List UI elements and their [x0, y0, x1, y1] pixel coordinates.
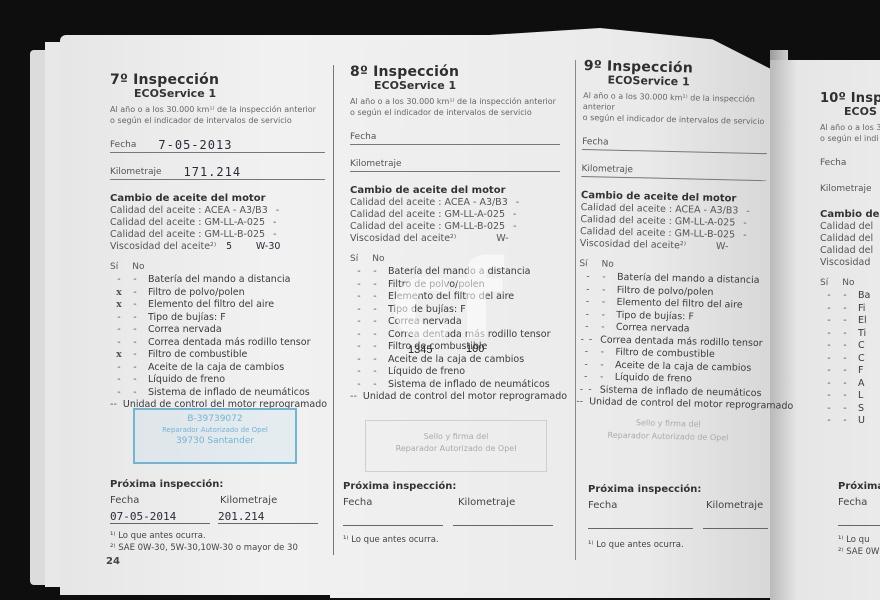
no-checkbox[interactable]: - — [838, 303, 852, 316]
si-checkbox[interactable]: x — [110, 349, 128, 362]
checklist-item: x-Filtro de polvo/polen — [110, 287, 325, 300]
si-checkbox[interactable]: - — [578, 333, 588, 346]
item-label: Unidad de control del motor reprogramado — [357, 391, 567, 404]
si-checkbox[interactable]: - — [820, 403, 838, 416]
next-inspection-10: Próxima Fecha ¹⁾ Lo qu ²⁾ SAE 0W — [838, 480, 880, 558]
no-checkbox[interactable]: - — [128, 274, 142, 287]
no-checkbox[interactable]: - — [595, 346, 609, 359]
item-label: U — [852, 415, 865, 428]
item-label: Correa nervada — [142, 324, 222, 337]
si-checkbox[interactable]: x — [110, 287, 128, 300]
checklist: --Ba--Fi--El--Ti--C--C--F--A--L--S--U — [820, 290, 880, 428]
checklist-item: --Correa nervada — [110, 324, 325, 337]
checklist-item: x-Elemento del filtro del aire — [110, 299, 325, 312]
si-checkbox[interactable]: - — [578, 296, 596, 309]
item-label: L — [852, 390, 863, 403]
next-km-field[interactable]: 201.214 — [218, 507, 318, 524]
item-label: Batería del mando a distancia — [142, 274, 291, 287]
checklist: --Batería del mando a distanciax-Filtro … — [110, 274, 325, 412]
no-checkbox[interactable]: - — [838, 365, 852, 378]
section-title: 7º Inspección — [110, 74, 325, 87]
si-checkbox[interactable]: - — [350, 366, 368, 379]
si-checkbox[interactable]: - — [577, 346, 595, 359]
item-label: Tipo de bujías: F — [142, 312, 226, 325]
no-checkbox[interactable]: - — [128, 349, 142, 362]
checklist-item: --Batería del mando a distancia — [110, 274, 325, 287]
item-label: Correa dentada más rodillo tensor — [142, 337, 310, 350]
fecha-value: 7-05-2013 — [158, 139, 232, 152]
no-checkbox[interactable]: - — [597, 284, 611, 297]
checklist: --Batería del mando a distancia--Filtro … — [576, 271, 764, 413]
no-checkbox[interactable]: - — [368, 341, 382, 354]
checklist-item: --Líquido de freno — [110, 374, 325, 387]
watermark-number: 100 — [466, 343, 484, 355]
si-checkbox[interactable]: - — [579, 271, 597, 284]
next-km-field[interactable] — [453, 509, 553, 526]
fecha-field[interactable]: Fecha — [350, 128, 560, 145]
no-checkbox[interactable]: - — [368, 279, 382, 292]
si-checkbox[interactable]: - — [110, 387, 128, 400]
inspection-10: 10º Inspe ECOS Al año o a los 3o según e… — [820, 92, 880, 428]
next-fecha-field[interactable] — [343, 509, 443, 526]
item-label: Aceite de la caja de cambios — [142, 362, 284, 375]
item-label: Filtro de polvo/polen — [142, 287, 245, 300]
checklist-item: --F — [820, 365, 880, 378]
page-number: 24 — [106, 556, 120, 567]
no-checkbox[interactable]: - — [838, 390, 852, 403]
checklist-item: --El — [820, 315, 880, 328]
checklist-item: x-Filtro de combustible — [110, 349, 325, 362]
checklist-item: --A — [820, 378, 880, 391]
si-checkbox[interactable]: - — [579, 283, 597, 296]
si-checkbox[interactable]: - — [577, 371, 595, 384]
item-label: F — [852, 365, 863, 378]
km-field[interactable]: Kilometraje171.214 — [110, 163, 325, 180]
item-label: Elemento del filtro del aire — [142, 299, 274, 312]
oil-line: Calidad del aceite : GM-LL-A-025- — [110, 217, 325, 229]
item-label: Líquido de freno — [142, 374, 225, 387]
no-checkbox[interactable]: - — [128, 387, 142, 400]
si-checkbox[interactable]: - — [820, 340, 838, 353]
no-checkbox[interactable]: - — [838, 415, 852, 428]
si-checkbox[interactable]: - — [820, 415, 838, 428]
si-checkbox[interactable]: - — [110, 337, 128, 350]
si-checkbox[interactable]: - — [350, 329, 368, 342]
fecha-field[interactable]: Fecha7-05-2013 — [110, 136, 325, 153]
si-checkbox[interactable]: x — [110, 299, 128, 312]
no-checkbox[interactable]: - — [368, 316, 382, 329]
item-label: S — [852, 403, 864, 416]
checklist-item: --Ba — [820, 290, 880, 303]
km-value: 171.214 — [184, 166, 242, 179]
checklist-item: --Sistema de inflado de neumáticos — [350, 379, 560, 392]
si-checkbox[interactable]: - — [350, 266, 368, 279]
si-checkbox[interactable]: - — [820, 315, 838, 328]
si-checkbox[interactable]: - — [820, 378, 838, 391]
item-label: El — [852, 315, 867, 328]
si-checkbox[interactable]: - — [350, 304, 368, 317]
no-checkbox[interactable]: - — [596, 321, 610, 334]
fecha-field[interactable]: Fecha — [582, 133, 767, 154]
item-label: Sistema de inflado de neumáticos — [382, 379, 550, 392]
si-checkbox[interactable]: - — [820, 390, 838, 403]
si-checkbox[interactable]: - — [820, 303, 838, 316]
no-checkbox[interactable]: - — [368, 366, 382, 379]
si-checkbox[interactable]: - — [110, 362, 128, 375]
item-label: Ba — [852, 290, 870, 303]
si-checkbox[interactable]: - — [577, 358, 595, 371]
stamp-area: Sello y firma del Reparador Autorizado d… — [365, 420, 547, 472]
no-checkbox[interactable]: - — [128, 287, 142, 300]
checklist-item: --Ti — [820, 328, 880, 341]
checklist-item: --Tipo de bujías: F — [110, 312, 325, 325]
si-checkbox[interactable]: - — [820, 353, 838, 366]
next-inspection-7: Próxima inspección: FechaKilometraje 07-… — [110, 478, 325, 554]
item-label: A — [852, 378, 865, 391]
no-checkbox[interactable]: - — [368, 304, 382, 317]
no-checkbox[interactable]: - — [128, 299, 142, 312]
checklist-item: --C — [820, 340, 880, 353]
inspection-7: 7º Inspección ECOService 1 Al año o a lo… — [110, 74, 325, 412]
item-label: Fi — [852, 303, 865, 316]
no-checkbox[interactable]: - — [128, 337, 142, 350]
si-checkbox[interactable]: - — [820, 290, 838, 303]
checklist-item: --Fi — [820, 303, 880, 316]
inspection-9: 9º Inspección ECOService 1 Al año o a lo… — [575, 60, 769, 445]
item-label: Ti — [852, 328, 866, 341]
si-checkbox[interactable]: - — [820, 365, 838, 378]
si-checkbox[interactable]: - — [110, 324, 128, 337]
no-checkbox[interactable]: - — [597, 271, 611, 284]
no-checkbox[interactable]: - — [595, 371, 609, 384]
no-checkbox[interactable]: - — [838, 290, 852, 303]
si-checkbox[interactable]: - — [578, 321, 596, 334]
si-checkbox[interactable]: - — [350, 354, 368, 367]
si-checkbox[interactable]: - — [110, 274, 128, 287]
intro-text: Al año o a los 30.000 km¹⁾ de la inspecc… — [110, 104, 325, 126]
si-checkbox[interactable]: - — [576, 383, 586, 396]
oil-heading: Cambio de aceite del motor — [110, 192, 325, 205]
checklist-item: --Correa dentada más rodillo tensor — [110, 337, 325, 350]
item-label: Sistema de inflado de neumáticos — [142, 387, 310, 400]
viscosity-line: Viscosidad del aceite²⁾5W-30 — [110, 241, 325, 253]
km-field[interactable]: Kilometraje — [581, 160, 766, 181]
oil-line: Calidad del aceite : ACEA - A3/B3- — [110, 205, 325, 217]
si-checkbox[interactable]: - — [110, 312, 128, 325]
no-checkbox[interactable]: - — [596, 309, 610, 322]
no-checkbox[interactable]: - — [838, 328, 852, 341]
checklist-item: --Líquido de freno — [350, 366, 560, 379]
si-checkbox[interactable]: - — [350, 379, 368, 392]
si-checkbox[interactable]: - — [350, 291, 368, 304]
no-checkbox[interactable]: - — [838, 315, 852, 328]
next-km-field[interactable] — [703, 512, 768, 529]
km-field[interactable]: Kilometraje — [350, 155, 560, 172]
oil-line: Calidad del aceite : GM-LL-B-025- — [110, 229, 325, 241]
no-checkbox[interactable]: - — [368, 266, 382, 279]
si-checkbox[interactable]: - — [820, 328, 838, 341]
no-checkbox[interactable]: - — [128, 374, 142, 387]
no-checkbox[interactable]: - — [368, 354, 382, 367]
item-label: Líquido de freno — [382, 366, 465, 379]
watermark-number: 1345 — [408, 344, 432, 356]
si-checkbox[interactable]: - — [110, 374, 128, 387]
checklist-item: --L — [820, 390, 880, 403]
no-checkbox[interactable]: - — [838, 353, 852, 366]
column-divider — [575, 60, 576, 560]
no-checkbox[interactable]: - — [368, 379, 382, 392]
no-checkbox[interactable]: - — [368, 329, 382, 342]
dealer-stamp: B-39739072 Reparador Autorizado de Opel … — [133, 408, 297, 464]
checklist-item: --Unidad de control del motor reprograma… — [350, 391, 560, 404]
checklist-item: --C — [820, 353, 880, 366]
next-fecha-field[interactable] — [588, 512, 693, 529]
stamp-area: Sello y firma delReparador Autorizado de… — [575, 414, 761, 444]
no-checkbox[interactable]: - — [596, 296, 610, 309]
item-label: Filtro de combustible — [142, 349, 247, 362]
no-checkbox[interactable]: - — [128, 362, 142, 375]
no-checkbox[interactable]: - — [838, 403, 852, 416]
no-checkbox[interactable]: - — [838, 340, 852, 353]
next-inspection-9: Próxima inspección: FechaKilometraje ¹⁾ … — [588, 483, 773, 551]
item-label: C — [852, 353, 865, 366]
no-checkbox[interactable]: - — [368, 291, 382, 304]
next-inspection-8: Próxima inspección: FechaKilometraje ¹⁾ … — [343, 480, 563, 546]
checklist-item: --Aceite de la caja de cambios — [110, 362, 325, 375]
item-label: C — [852, 340, 865, 353]
no-checkbox[interactable]: - — [128, 324, 142, 337]
si-no-header: SíNo — [110, 261, 325, 274]
si-checkbox[interactable]: - — [350, 279, 368, 292]
si-checkbox[interactable]: - — [350, 316, 368, 329]
no-checkbox[interactable]: - — [595, 359, 609, 372]
checklist-item: --S — [820, 403, 880, 416]
next-fecha-field[interactable]: 07-05-2014 — [110, 507, 210, 524]
checklist-item: --Sistema de inflado de neumáticos — [110, 387, 325, 400]
no-checkbox[interactable]: - — [838, 378, 852, 391]
si-checkbox[interactable]: - — [350, 341, 368, 354]
section-subtitle: ECOService 1 — [110, 87, 325, 100]
no-checkbox[interactable]: - — [128, 312, 142, 325]
column-divider — [333, 65, 334, 555]
si-checkbox[interactable]: - — [578, 308, 596, 321]
checklist-item: --U — [820, 415, 880, 428]
